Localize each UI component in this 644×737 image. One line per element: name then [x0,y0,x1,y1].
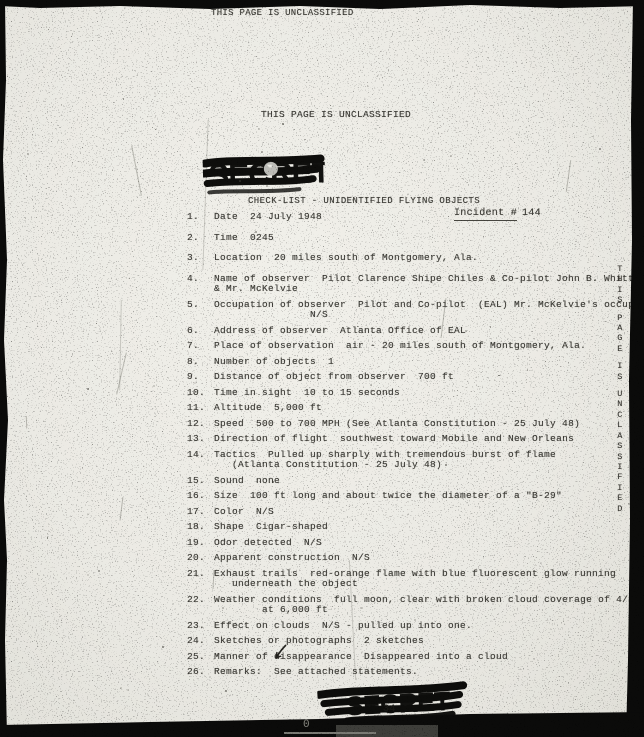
checklist-item: 16.Size100 ft long and about twice the d… [187,491,617,502]
checklist-item: 10.Time in sight10 to 15 seconds [187,388,617,399]
scan-bottom-line [284,732,376,734]
scan-speck [445,464,447,466]
item-number: 25. [187,652,214,663]
scan-speck [87,388,89,390]
item-label: Name of observer [214,273,310,284]
scan-speck [127,689,129,691]
checklist-item: 20.Apparent constructionN/S [187,553,617,564]
item-value: N/S [256,506,274,517]
item-number: 20. [187,553,214,564]
scan-speck [405,443,406,444]
checklist-item: 25.Manner of disappearanceDisappeared in… [187,652,617,663]
item-number: 8. [187,357,214,368]
item-label: Date [214,211,238,222]
scan-scratch [116,352,127,394]
scan-speck [48,29,49,30]
scan-speck [153,385,155,387]
scan-bottom-mark: 0 [303,719,318,731]
scan-speck [154,23,155,24]
scan-speck [25,218,26,219]
scan-speck [527,369,528,370]
stamp-number: 34 [383,704,396,715]
item-number: 5. [187,300,214,321]
scan-speck [126,49,127,50]
scan-speck [494,649,495,650]
scan-speck [294,129,295,130]
checklist-item: 11.Altitude5,000 ft [187,403,617,414]
scan-speck [501,685,502,686]
item-value: Pulled up sharply with tremendous burst … [268,449,556,460]
redacted-secret-stamp-top: SECRET [202,149,325,198]
document-title: CHECK-LIST - UNIDENTIFIED FLYING OBJECTS [248,196,480,206]
item-value-continued: N/S [214,310,644,321]
item-label: Effect on clouds [214,620,310,631]
scan-speck [47,537,48,538]
scan-speck [25,578,27,580]
item-value: N/S - pulled up into one. [322,620,472,631]
checklist-item: 21.Exhaust trailsred-orange flame with b… [187,569,617,590]
item-value-continued: at 6,000 ft [214,605,640,616]
item-number: 1. [187,212,214,223]
item-number: 13. [187,434,214,445]
item-value: Pilot and Co-pilot (EAL) Mr. McKelvie's … [358,299,644,310]
item-value: 700 ft [418,371,454,382]
item-value: Cigar-shaped [256,521,328,532]
scan-speck [301,695,302,696]
item-value: 5,000 ft [274,402,322,413]
scan-scratch [120,497,124,520]
scan-speck [460,668,461,669]
checklist: 1.Date24 July 19482.Time02453.Location20… [187,212,617,683]
item-number: 12. [187,419,214,430]
scan-speck [36,641,37,642]
scan-speck [27,153,29,155]
scan-speck [77,486,78,487]
item-label: Shape [214,521,244,532]
top-unclassified-banner: THIS PAGE IS UNCLASSIFIED [211,8,354,18]
item-number: 4. [187,274,214,295]
checklist-item: 13.Direction of flightsouthwest toward M… [187,434,617,445]
checklist-item: 1.Date24 July 1948 [187,212,617,223]
scan-speck [304,139,306,141]
scan-speck [554,298,555,299]
scan-speck [150,356,151,357]
item-label: Sound [214,475,244,486]
item-label: Odor detected [214,537,292,548]
item-label: Time [214,232,238,243]
item-number: 3. [187,253,214,264]
item-label: Occupation of observer [214,299,346,310]
item-label: Size [214,490,238,501]
scan-speck [166,156,167,157]
mid-unclassified-banner: THIS PAGE IS UNCLASSIFIED [261,109,411,120]
scan-speck [350,171,351,172]
item-value: none [256,475,280,486]
scan-speck [355,27,356,28]
item-value: N/S [304,537,322,548]
item-label: Apparent construction [214,552,340,563]
item-label: Weather conditions [214,594,322,605]
item-value: 20 miles south of Montgomery, Ala. [274,252,478,263]
checklist-item: 5.Occupation of observerPilot and Co-pil… [187,300,617,321]
scan-speck [258,128,260,130]
scan-speck [226,390,227,391]
scan-speck [272,481,274,483]
scan-speck [628,503,630,505]
item-value: full moon, clear with broken cloud cover… [334,594,640,605]
scan-speck [82,624,83,625]
scan-scratch [131,145,142,195]
checklist-item: 23.Effect on cloudsN/S - pulled up into … [187,621,617,632]
scan-speck [426,691,427,692]
item-value: 0245 [250,232,274,243]
scan-speck [450,86,451,87]
item-label: Location [214,252,262,263]
scan-speck [367,85,369,87]
item-value-continued: (Atlanta Constitution - 25 July 48) [214,460,556,471]
checklist-item: 14.TacticsPulled up sharply with tremend… [187,450,617,471]
checklist-item: 17.ColorN/S [187,507,617,518]
scan-speck [129,122,130,123]
scan-scratch [566,160,571,192]
scan-speck [357,326,358,327]
item-value: Atlanta Office of EAL [340,325,466,336]
checklist-item: 2.Time0245 [187,233,617,244]
scan-speck [450,155,452,157]
scan-speck [160,346,161,347]
scan-speck [575,699,576,700]
item-label: Speed [214,418,244,429]
scan-speck [434,160,435,161]
item-number: 6. [187,326,214,337]
scan-scratch [26,416,27,428]
item-value: Pilot Clarence Shipe Chiles & Co-pilot J… [322,273,644,284]
scan-speck [123,98,124,99]
scan-speck [129,278,130,279]
item-number: 17. [187,507,214,518]
item-label: Color [214,506,244,517]
scan-speck [313,591,314,592]
scan-speck [194,485,195,486]
item-number: 26. [187,667,214,678]
item-number: 11. [187,403,214,414]
item-number: 22. [187,595,214,616]
scan-speck [98,570,100,572]
scan-speck [461,340,462,341]
item-number: 16. [187,491,214,502]
scan-speck [569,434,571,436]
item-value-continued: & Mr. McKelvie [214,284,644,295]
scan-speck [423,159,425,161]
handwritten-arrow-icon [270,643,292,665]
scan-speck [457,395,458,396]
item-label: Place of observation [214,340,334,351]
scan-speck [342,192,343,193]
item-value: See attached statements. [274,666,418,677]
item-label: Altitude [214,402,262,413]
scan-speck [87,574,89,576]
checklist-item: 18.ShapeCigar-shaped [187,522,617,533]
item-number: 15. [187,476,214,487]
item-value: 1 [328,356,334,367]
scan-edge-right [624,0,644,737]
scan-edge-left [0,0,10,737]
item-number: 23. [187,621,214,632]
scan-speck [96,323,97,324]
scan-speck [515,163,516,164]
checklist-item: 9.Distance of object from observer700 ft [187,372,617,383]
scan-speck [457,390,458,391]
checklist-item: 7.Place of observationair - 20 miles sou… [187,341,617,352]
checklist-item: 15.Soundnone [187,476,617,487]
scan-speck [46,188,47,189]
scan-speck [163,112,164,113]
scan-speck [176,580,177,581]
scan-speck [155,129,156,130]
item-label: Exhaust trails [214,568,298,579]
item-value: 10 to 15 seconds [304,387,400,398]
item-value: red-orange flame with blue fluorescent g… [310,568,616,579]
item-value: Disappeared into a cloud [364,651,508,662]
scan-speck [599,148,601,150]
scan-speck [331,130,332,131]
item-value: 100 ft long and about twice the diameter… [250,490,562,501]
scan-speck [162,646,164,648]
checklist-item: 6.Address of observerAtlanta Office of E… [187,326,617,337]
scan-speck [365,467,366,468]
scan-speck [28,304,29,305]
item-number: 19. [187,538,214,549]
checklist-item: 3.Location20 miles south of Montgomery, … [187,253,617,264]
scan-speck [92,444,93,445]
item-label: Number of objects [214,356,316,367]
side-vertical-unclassified-text: THISPAGEISUNCLASSIFIED [613,264,627,514]
item-label: Time in sight [214,387,292,398]
scan-speck [61,104,62,105]
scanned-document-page: THIS PAGE IS UNCLASSIFIED THIS PAGE IS U… [0,0,644,737]
item-value: 24 July 1948 [250,211,322,222]
scan-speck [547,388,548,389]
checklist-item: 8.Number of objects1 [187,357,617,368]
item-value: air - 20 miles south of Montgomery, Ala. [346,340,586,351]
item-value: southwest toward Mobile and New Orleans [340,433,574,444]
scan-speck [14,75,15,76]
item-label: Tactics [214,449,256,460]
checklist-item: 12.Speed500 to 700 MPH (See Atlanta Cons… [187,419,617,430]
item-label: Distance of object from observer [214,371,406,382]
scan-speck [239,180,241,182]
scan-speck [139,524,140,525]
checklist-item: 24.Sketches or photographs2 sketches [187,636,617,647]
scan-speck [418,19,419,20]
item-number: 7. [187,341,214,352]
scan-speck [48,308,49,309]
scan-speck [282,123,284,125]
scan-bottom-patch [336,725,438,737]
checklist-item: 22.Weather conditionsfull moon, clear wi… [187,595,617,616]
checklist-item: 4.Name of observerPilot Clarence Shipe C… [187,274,617,295]
scan-speck [325,211,326,212]
scan-speck [330,105,331,106]
checklist-item: 19.Odor detectedN/S [187,538,617,549]
item-label: Address of observer [214,325,328,336]
scan-speck [134,575,136,577]
item-value: 500 to 700 MPH (See Atlanta Constitution… [256,418,580,429]
item-label: Direction of flight [214,433,328,444]
scan-speck [225,690,227,692]
scan-speck [360,607,362,609]
item-number: 18. [187,522,214,533]
checklist-item: 26.Remarks:See attached statements. [187,667,617,678]
item-number: 21. [187,569,214,590]
item-value: N/S [352,552,370,563]
item-number: 9. [187,372,214,383]
item-value: 2 sketches [364,635,424,646]
item-value-continued: underneath the object [214,579,616,590]
item-number: 14. [187,450,214,471]
item-number: 2. [187,233,214,244]
scan-speck [120,687,122,689]
item-number: 24. [187,636,214,647]
item-label: Remarks: [214,666,262,677]
item-number: 10. [187,388,214,399]
